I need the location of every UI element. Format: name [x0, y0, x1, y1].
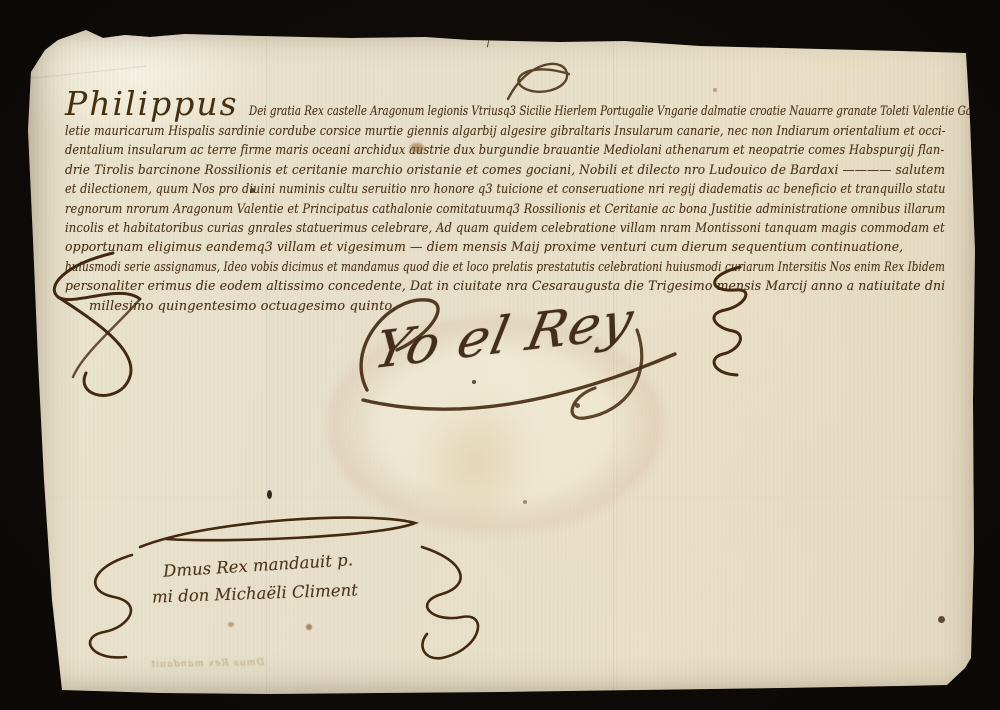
paper-edge-shading [25, 28, 977, 696]
manuscript-paper: † Philippus Dei gratia Rex castelle Arag… [25, 28, 977, 696]
photograph-background: { "colors": { "background": "#0f0b08", "… [0, 0, 1000, 710]
